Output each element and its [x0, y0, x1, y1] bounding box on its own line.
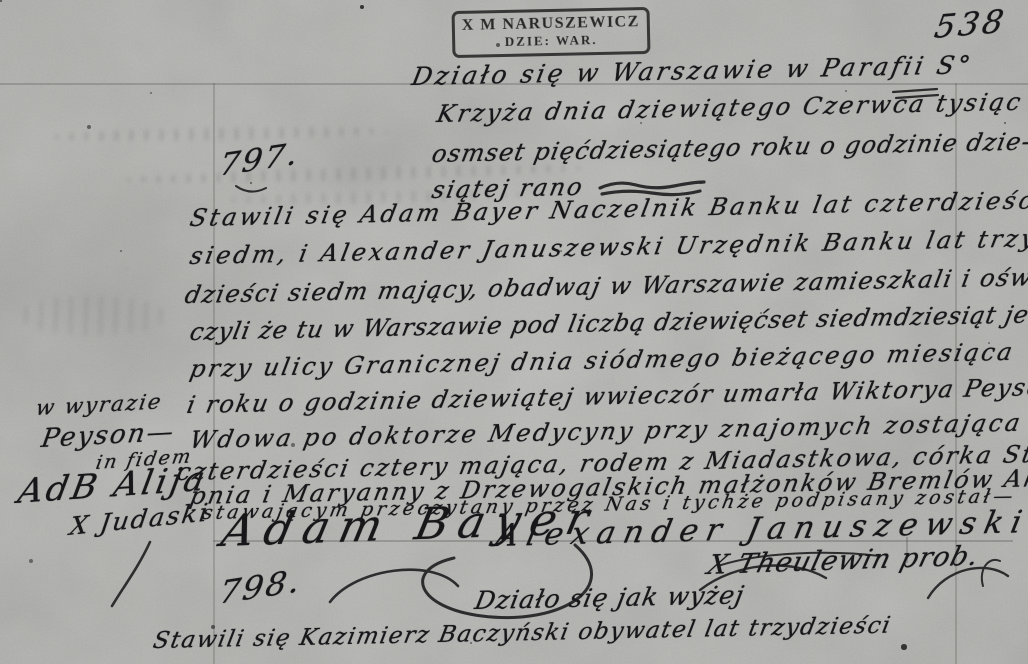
- parish-office-stamp: X M NARUSZEWICZ DZIE: WAR.: [452, 7, 651, 58]
- scanned-register-page: X M NARUSZEWICZ DZIE: WAR. 538 797. Dzia…: [0, 0, 1028, 664]
- ink-specks: [0, 0, 2, 2]
- record-797-opening-line: Krzyża dnia dziewiątego Czerwca tysiąc: [435, 88, 1026, 128]
- bleedthrough-smudge: [48, 125, 388, 143]
- record-797-body-line: czyli że tu w Warszawie pod liczbą dziew…: [188, 300, 1028, 346]
- record-797-body-line: Stawili się Adam Bayer Naczelnik Banku l…: [188, 186, 1028, 232]
- page-number: 538: [932, 2, 1009, 46]
- bleedthrough-smudge: [18, 296, 168, 336]
- record-number-798: 798.: [217, 562, 304, 612]
- record-798-body-line: Stawili się Kazimierz Baczyński obywatel…: [151, 613, 894, 654]
- record-798-opening-line: Działo się jak wyżej: [472, 580, 746, 615]
- record-797-opening-line: osmset pięćdziesiątego roku o godzinie d…: [430, 128, 1028, 168]
- record-number-797: 797.: [217, 136, 301, 184]
- record-797-body-line: siedm, i Alexander Januszewski Urzędnik …: [188, 224, 1028, 270]
- record-797-body-line: dzieści siedm mający, obadwaj w Warszawi…: [183, 262, 1028, 309]
- margin-note-line: w wyrazie: [34, 389, 164, 420]
- stamp-name-text: X M NARUSZEWICZ: [461, 13, 641, 35]
- register-rule-right: [955, 83, 957, 664]
